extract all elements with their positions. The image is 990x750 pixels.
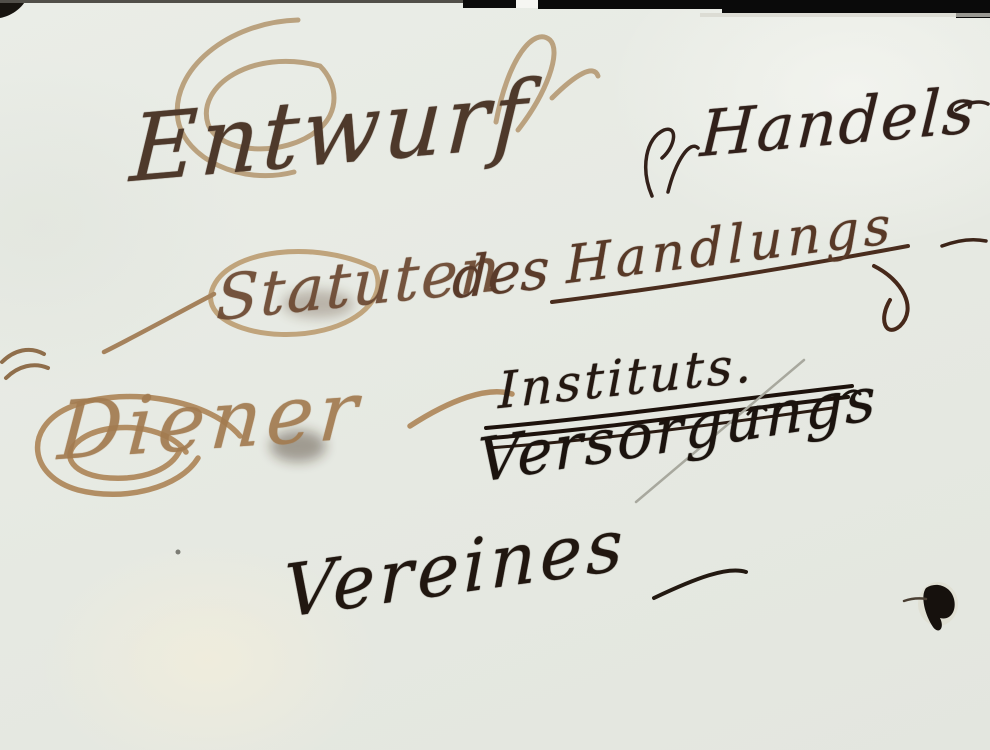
- diener-connector-swash: [410, 392, 512, 426]
- handwritten-word-entwurf: Entwurf: [128, 69, 532, 197]
- handlungs-descender-loop: [874, 266, 908, 330]
- vereines-end-swash: [654, 570, 746, 598]
- manuscript-scan: Entwurf Handels Statuten des Handlungs D…: [0, 0, 990, 750]
- scan-edge-bar: [538, 0, 724, 9]
- handwritten-word-diener: Diener: [56, 370, 365, 472]
- handels-lead-stroke: [646, 129, 674, 196]
- left-margin-stroke: [6, 365, 48, 378]
- handels-lead-stroke: [668, 146, 698, 192]
- scan-edge-bar: [463, 0, 518, 8]
- entwurf-end-swash: [552, 71, 598, 98]
- statuten-lead-in-stroke: [104, 294, 214, 352]
- scan-edge-bar: [722, 0, 958, 13]
- stray-ink-dot: [176, 550, 181, 555]
- handwritten-word-handels: Handels: [699, 79, 978, 167]
- scan-edge-bar-gap: [516, 0, 540, 8]
- scan-edge-bar-shadow: [700, 13, 990, 17]
- scan-edge-bar-thin: [0, 0, 466, 3]
- handwritten-word-des: des: [451, 241, 550, 308]
- handwritten-word-handlungs-struck: Handlungs: [565, 199, 895, 292]
- handwritten-word-vereines: Vereines: [284, 507, 627, 628]
- right-margin-tick: [942, 240, 986, 246]
- ink-blot-tail: [904, 598, 926, 601]
- ink-blot: [923, 585, 954, 631]
- ink-blot-halo: [918, 582, 958, 626]
- left-margin-stroke: [2, 350, 44, 362]
